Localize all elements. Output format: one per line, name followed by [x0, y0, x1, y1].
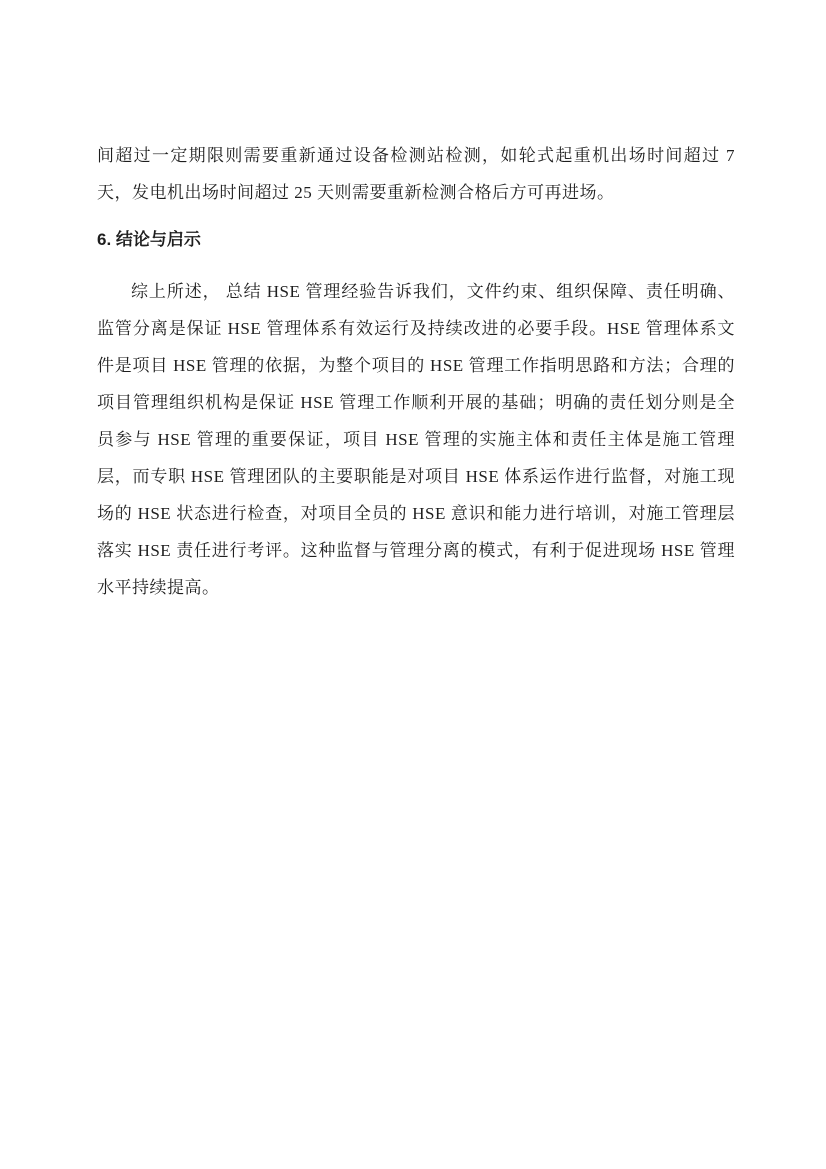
paragraph-conclusion-summary: 综上所述， 总结 HSE 管理经验告诉我们，文件约束、组织保障、责任明确、监管分…: [97, 273, 735, 606]
text-column: 间超过一定期限则需要重新通过设备检测站检测，如轮式起重机出场时间超过 7 天，发…: [97, 137, 735, 606]
paragraph-equipment-reinspection: 间超过一定期限则需要重新通过设备检测站检测，如轮式起重机出场时间超过 7 天，发…: [97, 137, 735, 211]
section-heading-conclusion: 6. 结论与启示: [97, 227, 735, 253]
document-page: 间超过一定期限则需要重新通过设备检测站检测，如轮式起重机出场时间超过 7 天，发…: [0, 0, 826, 1169]
